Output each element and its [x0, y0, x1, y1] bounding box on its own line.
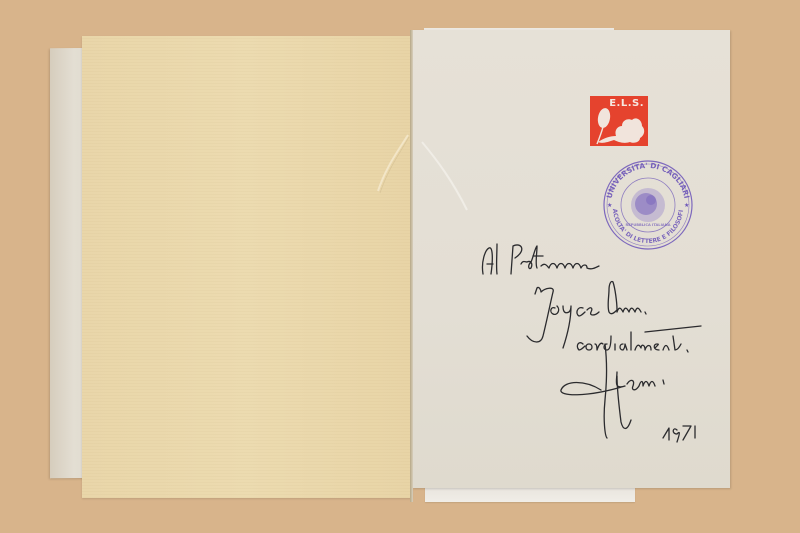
right-page-crease: [412, 140, 472, 220]
stamp-inner-text: REPUBBLICA ITALIANA: [625, 223, 670, 227]
dedication-line-2: [527, 281, 646, 348]
dedication-line-1: [482, 244, 599, 274]
open-book-photo: qu ne no ta vi di di pe si n e E.L.S.: [0, 0, 800, 533]
svg-text:★: ★: [684, 202, 689, 209]
book-gutter: [410, 30, 413, 502]
left-endpaper: [82, 36, 412, 498]
svg-text:★: ★: [607, 202, 612, 209]
page-crease-mark: [372, 131, 412, 201]
dedication-line-3: [577, 326, 701, 352]
year: [663, 426, 695, 442]
signature: [561, 344, 664, 438]
emblem-icon: [631, 188, 665, 222]
els-stamp-text: E.L.S.: [609, 98, 644, 109]
university-stamp: UNIVERSITA' DI CAGLIARI FACOLTA' DI LETT…: [599, 160, 697, 250]
handwritten-dedication: [470, 240, 730, 450]
els-stamp: E.L.S.: [590, 96, 648, 146]
